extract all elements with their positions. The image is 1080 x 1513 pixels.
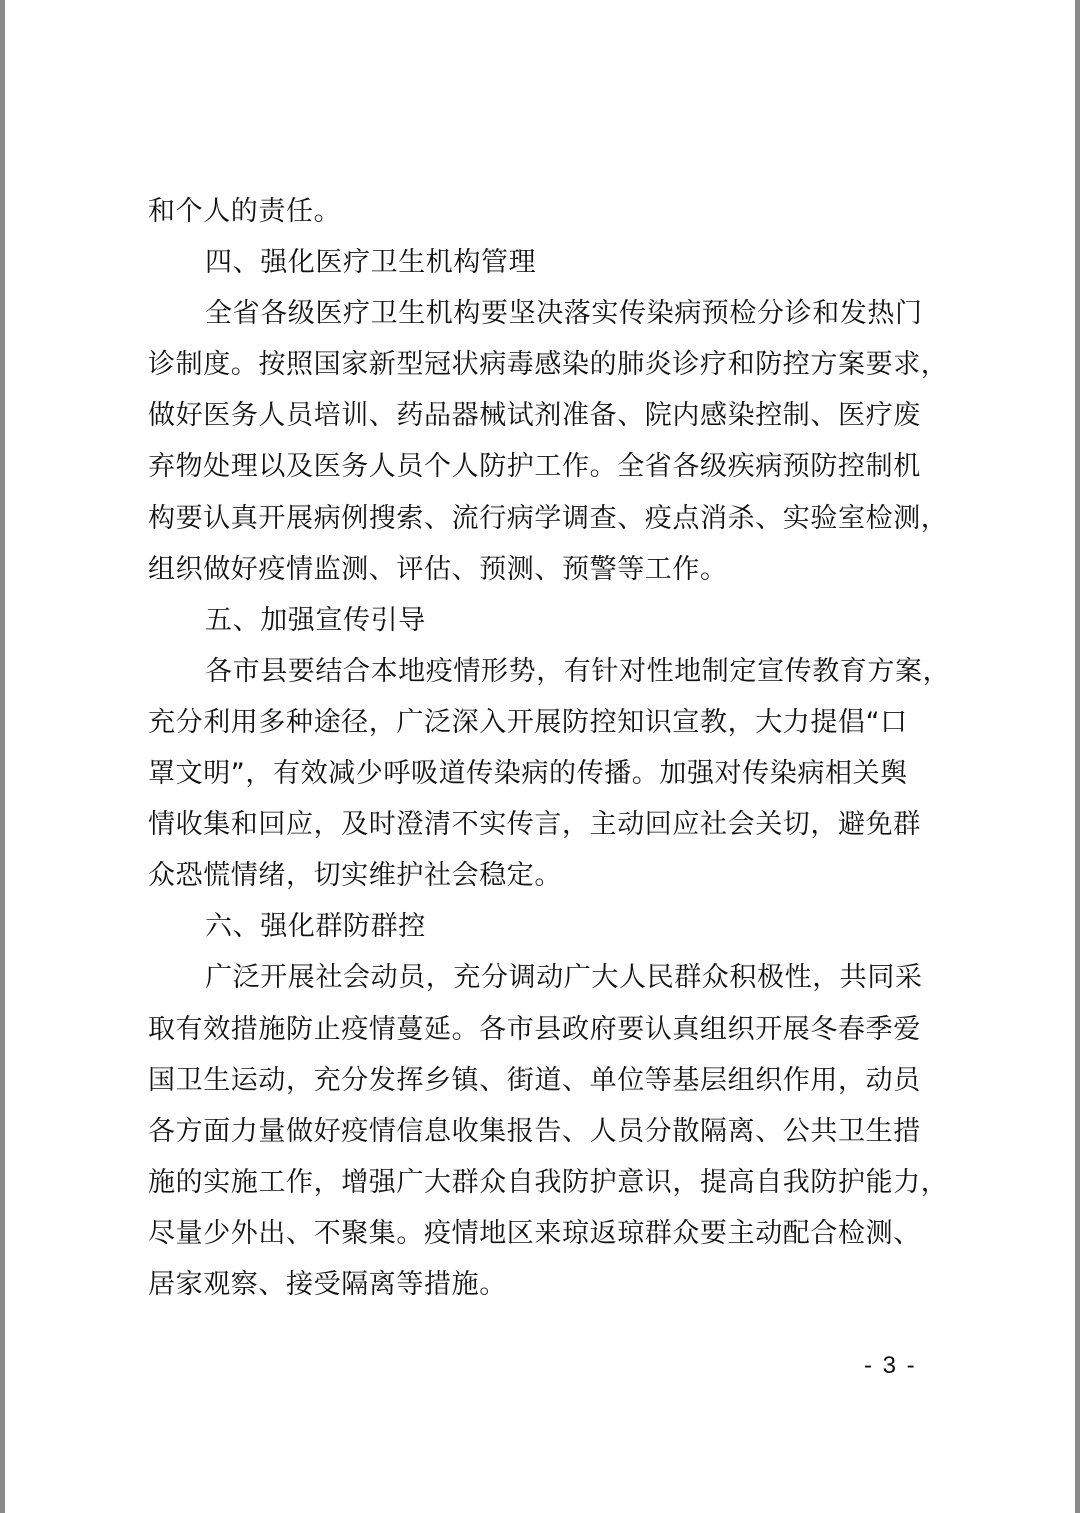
paragraph-line: 尽量少外出、不聚集。疫情地区来琼返琼群众要主动配合检测、	[148, 1213, 948, 1264]
paragraph-line: 各市县要结合本地疫情形势，有针对性地制定宣传教育方案，	[148, 651, 948, 702]
document-body: 和个人的责任。 四、强化医疗卫生机构管理 全省各级医疗卫生机构要坚决落实传染病预…	[148, 191, 948, 1315]
paragraph-line: 广泛开展社会动员，充分调动广大人民群众积极性，共同采	[148, 957, 948, 1008]
paragraph-line: 和个人的责任。	[148, 191, 948, 242]
paragraph-line: 构要认真开展病例搜索、流行病学调查、疫点消杀、实验室检测，	[148, 498, 948, 549]
paragraph-line: 众恐慌情绪，切实维护社会稳定。	[148, 855, 948, 906]
section-heading-mass-prevention: 六、强化群防群控	[148, 906, 948, 957]
paragraph-line: 全省各级医疗卫生机构要坚决落实传染病预检分诊和发热门	[148, 293, 948, 344]
paragraph-line: 组织做好疫情监测、评估、预测、预警等工作。	[148, 549, 948, 600]
paragraph-line: 居家观察、接受隔离等措施。	[148, 1264, 948, 1315]
section-heading-medical-institutions: 四、强化医疗卫生机构管理	[148, 242, 948, 293]
page-number: - 3 -	[864, 1352, 917, 1380]
paragraph-line: 弃物处理以及医务人员个人防护工作。全省各级疾病预防控制机	[148, 446, 948, 497]
paragraph-line: 罩文明”，有效减少呼吸道传染病的传播。加强对传染病相关舆	[148, 753, 948, 804]
paragraph-line: 国卫生运动，充分发挥乡镇、街道、单位等基层组织作用，动员	[148, 1060, 948, 1111]
paragraph-line: 施的实施工作，增强广大群众自我防护意识，提高自我防护能力，	[148, 1162, 948, 1213]
paragraph-line: 充分利用多种途径，广泛深入开展防控知识宣教，大力提倡“口	[148, 702, 948, 753]
section-heading-publicity: 五、加强宣传引导	[148, 600, 948, 651]
paragraph-line: 各方面力量做好疫情信息收集报告、人员分散隔离、公共卫生措	[148, 1111, 948, 1162]
document-page: 和个人的责任。 四、强化医疗卫生机构管理 全省各级医疗卫生机构要坚决落实传染病预…	[5, 0, 1075, 1513]
paragraph-line: 做好医务人员培训、药品器械试剂准备、院内感染控制、医疗废	[148, 395, 948, 446]
page-frame-right-edge	[1075, 0, 1080, 1513]
paragraph-line: 情收集和回应，及时澄清不实传言，主动回应社会关切，避免群	[148, 804, 948, 855]
paragraph-line: 取有效措施防止疫情蔓延。各市县政府要认真组织开展冬春季爱	[148, 1009, 948, 1060]
paragraph-line: 诊制度。按照国家新型冠状病毒感染的肺炎诊疗和防控方案要求，	[148, 344, 948, 395]
